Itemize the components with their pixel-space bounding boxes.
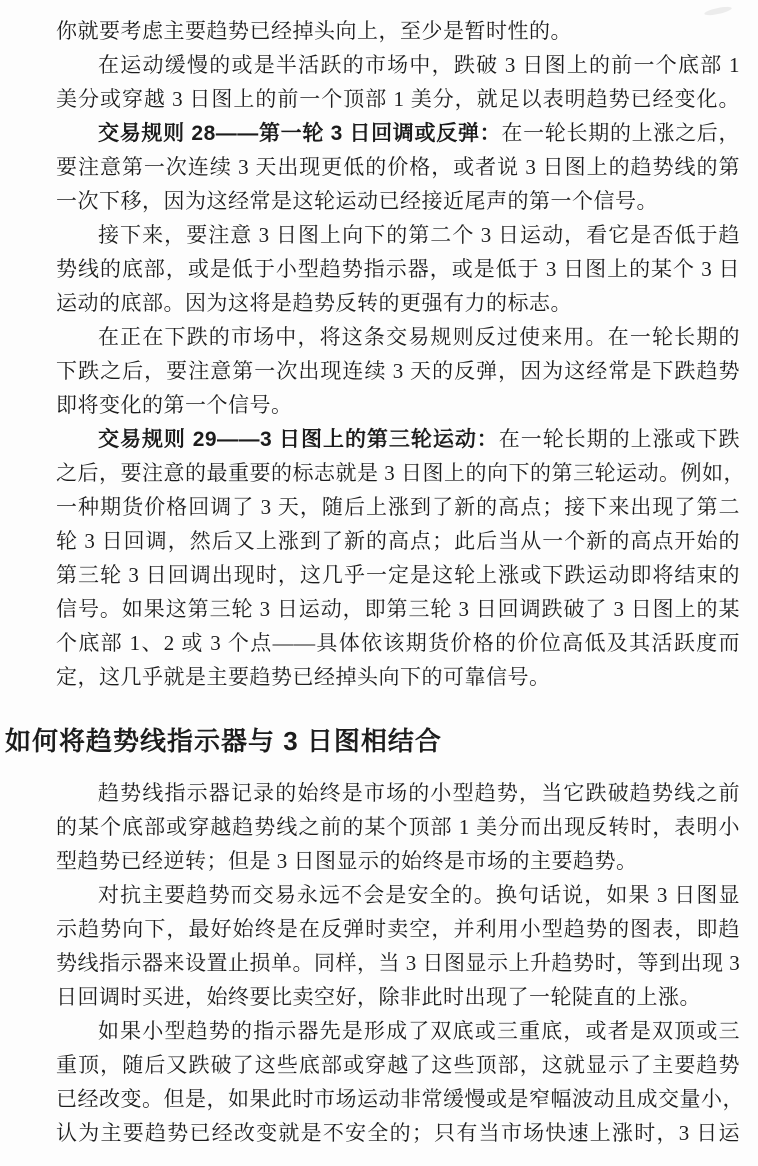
paragraph: 你就要考虑主要趋势已经掉头向上，至少是暂时性的。	[56, 14, 740, 48]
rule-29-label: 交易规则 29——3 日图上的第三轮运动：	[98, 428, 499, 451]
text-line: 运动的底部。因为这将是趋势反转的更强有力的标志。	[56, 286, 740, 320]
text-run: 在一轮长期的上涨或下跌	[499, 427, 740, 451]
text-line: 趋势线指示器记录的始终是市场的小型趋势，当它跌破趋势线之前	[56, 776, 740, 810]
text-line: 下跌之后，要注意第一次出现连续 3 天的反弹，因为这经常是下跌趋势	[56, 354, 740, 388]
text-run: 在一轮长期的上涨之后，	[501, 121, 740, 145]
text-line: 的某个底部或穿越趋势线之前的某个顶部 1 美分而出现反转时，表明小	[56, 810, 740, 844]
rule-28-label: 交易规则 28——第一轮 3 日回调或反弹：	[98, 122, 501, 145]
paragraph-rule-29: 交易规则 29——3 日图上的第三轮运动：在一轮长期的上涨或下跌 之后，要注意的…	[56, 422, 740, 694]
text-line: 对抗主要趋势而交易永远不会是安全的。换句话说，如果 3 日图显	[56, 878, 740, 912]
scanned-book-page: 你就要考虑主要趋势已经掉头向上，至少是暂时性的。 在运动缓慢的或是半活跃的市场中…	[0, 0, 758, 1166]
text-line: 之后，要注意的最重要的标志就是 3 日图上的向下的第三轮运动。例如，	[56, 456, 740, 490]
text-line: 势线的底部，或是低于小型趋势指示器，或是低于 3 日图上的某个 3 日	[56, 252, 740, 286]
paragraph: 对抗主要趋势而交易永远不会是安全的。换句话说，如果 3 日图显 示趋势向下，最好…	[56, 878, 740, 1014]
text-line: 美分或穿越 3 日图上的前一个顶部 1 美分，就足以表明趋势已经变化。	[56, 82, 740, 116]
text-line: 定，这几乎就是主要趋势已经掉头向下的可靠信号。	[56, 660, 740, 694]
text-line: 一种期货价格回调了 3 天，随后上涨到了新的高点；接下来出现了第二	[56, 490, 740, 524]
text-line: 第三轮 3 日回调出现时，这几乎一定是这轮上涨或下跌运动即将结束的	[56, 558, 740, 592]
text-line: 你就要考虑主要趋势已经掉头向上，至少是暂时性的。	[56, 14, 740, 48]
text-line: 示趋势向下，最好始终是在反弹时卖空，并利用小型趋势的图表，即趋	[56, 912, 740, 946]
paragraph: 趋势线指示器记录的始终是市场的小型趋势，当它跌破趋势线之前 的某个底部或穿越趋势…	[56, 776, 740, 878]
text-line: 信号。如果这第三轮 3 日运动，即第三轮 3 日回调跌破了 3 日图上的某	[56, 592, 740, 626]
text-line: 交易规则 28——第一轮 3 日回调或反弹：在一轮长期的上涨之后，	[56, 116, 740, 150]
paragraph: 在运动缓慢的或是半活跃的市场中，跌破 3 日图上的前一个底部 1 美分或穿越 3…	[56, 48, 740, 116]
text-line: 已经改变。但是，如果此时市场运动非常缓慢或是窄幅波动且成交量小，	[56, 1082, 740, 1116]
paragraph: 如果小型趋势的指示器先是形成了双底或三重底，或者是双顶或三 重顶，随后又跌破了这…	[56, 1014, 740, 1150]
text-line: 即将变化的第一个信号。	[56, 388, 740, 422]
text-line: 如果小型趋势的指示器先是形成了双底或三重底，或者是双顶或三	[56, 1014, 740, 1048]
text-line: 型趋势已经逆转；但是 3 日图显示的始终是市场的主要趋势。	[56, 844, 740, 878]
text-line: 势线指示器来设置止损单。同样，当 3 日图显示上升趋势时，等到出现 3	[56, 946, 740, 980]
text-line: 交易规则 29——3 日图上的第三轮运动：在一轮长期的上涨或下跌	[56, 422, 740, 456]
paragraph: 接下来，要注意 3 日图上向下的第二个 3 日运动，看它是否低于趋 势线的底部，…	[56, 218, 740, 320]
paragraph-rule-28: 交易规则 28——第一轮 3 日回调或反弹：在一轮长期的上涨之后， 要注意第一次…	[56, 116, 740, 218]
text-line: 在正在下跌的市场中，将这条交易规则反过使来用。在一轮长期的	[56, 320, 740, 354]
text-line: 在运动缓慢的或是半活跃的市场中，跌破 3 日图上的前一个底部 1	[56, 48, 740, 82]
text-line: 重顶，随后又跌破了这些底部或穿越了这些顶部，这就显示了主要趋势	[56, 1048, 740, 1082]
text-line: 要注意第一次连续 3 天出现更低的价格，或者说 3 日图上的趋势线的第	[56, 150, 740, 184]
text-line: 接下来，要注意 3 日图上向下的第二个 3 日运动，看它是否低于趋	[56, 218, 740, 252]
section-heading: 如何将趋势线指示器与 3 日图相结合	[5, 720, 740, 762]
text-line: 认为主要趋势已经改变就是不安全的；只有当市场快速上涨时，3 日运	[56, 1116, 740, 1150]
text-line: 个底部 1、2 或 3 个点——具体依该期货价格的价位高低及其活跃度而	[56, 626, 740, 660]
page-text-block: 你就要考虑主要趋势已经掉头向上，至少是暂时性的。 在运动缓慢的或是半活跃的市场中…	[56, 14, 740, 1150]
paragraph: 在正在下跌的市场中，将这条交易规则反过使来用。在一轮长期的 下跌之后，要注意第一…	[56, 320, 740, 422]
text-line: 一次下移，因为这经常是这轮运动已经接近尾声的第一个信号。	[56, 184, 740, 218]
text-line: 日回调时买进，始终要比卖空好，除非此时出现了一轮陡直的上涨。	[56, 980, 740, 1014]
text-line: 轮 3 日回调，然后又上涨到了新的高点；此后当从一个新的高点开始的	[56, 524, 740, 558]
